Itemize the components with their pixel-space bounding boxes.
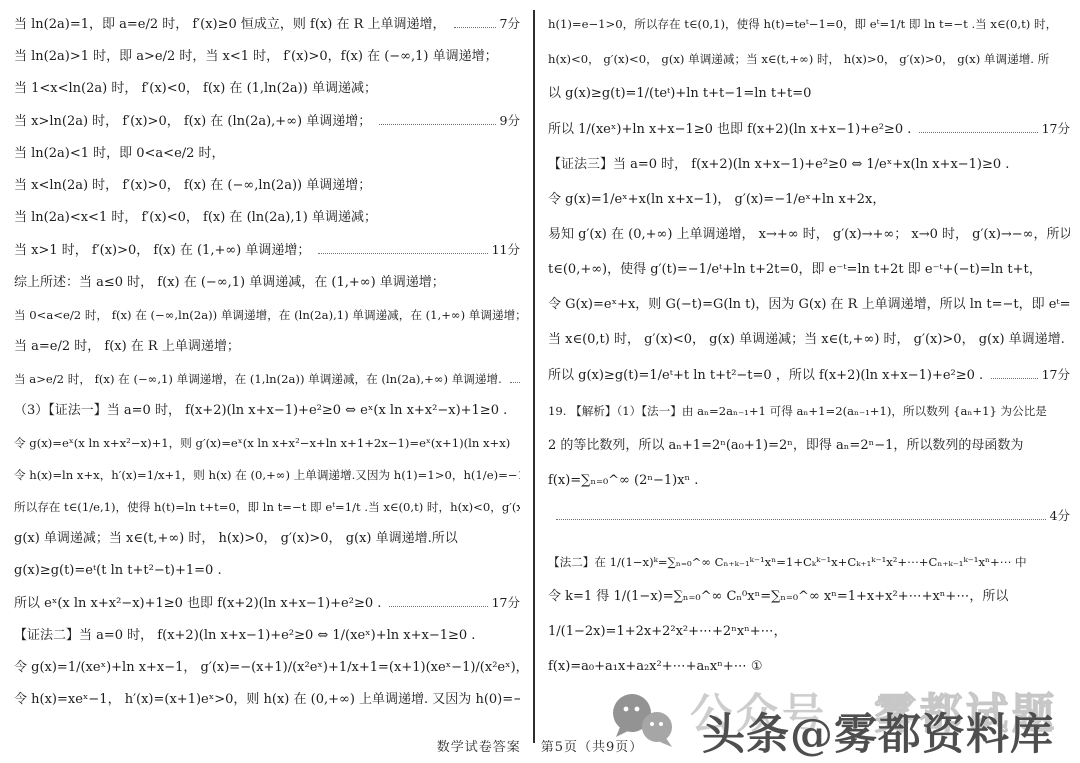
answer-line: 当 a>e/2 时， f(x) 在 (−∞,1) 单调递增，在 (1,ln(2a… — [14, 369, 520, 389]
answer-line: 令 k=1 得 1/(1−x)=∑ₙ₌₀^∞ Cₙ⁰xⁿ=∑ₙ₌₀^∞ xⁿ=1… — [548, 587, 1070, 607]
answer-text: 当 x∈(0,t) 时， g′(x)<0， g(x) 单调递减；当 x∈(t,+… — [548, 330, 1065, 350]
answer-text: 令 h(x)=ln x+x，h′(x)=1/x+1，则 h(x) 在 (0,+∞… — [14, 465, 520, 485]
answer-text: 令 g(x)=1/eˣ+x(ln x+x−1)， g′(x)=−1/eˣ+ln … — [548, 190, 885, 210]
answer-line: 【证法二】当 a=0 时， f(x+2)(ln x+x−1)+e²≥0 ⇔ 1/… — [14, 626, 520, 646]
answer-text: 【证法二】当 a=0 时， f(x+2)(ln x+x−1)+e²≥0 ⇔ 1/… — [14, 626, 475, 646]
answer-line: 所以 g(x)≥g(t)=1/eᵗ+t ln t+t²−t=0 ，所以 f(x+… — [548, 365, 1070, 386]
answer-text: 当 a>e/2 时， f(x) 在 (−∞,1) 单调递增，在 (1,ln(2a… — [14, 369, 502, 389]
answer-text: 当 1<x<ln(2a) 时， f′(x)<0， f(x) 在 (1,ln(2a… — [14, 79, 377, 99]
answer-line: 当 x>1 时， f′(x)>0， f(x) 在 (1,+∞) 单调递增；11分 — [14, 240, 520, 261]
answer-line: 1/(1−2x)=1+2x+2²x²+⋯+2ⁿxⁿ+⋯， — [548, 622, 1070, 642]
answer-line: 当 x<ln(2a) 时， f′(x)>0， f(x) 在 (−∞,ln(2a)… — [14, 176, 520, 196]
answer-text: 当 ln(2a)<x<1 时， f′(x)<0， f(x) 在 (ln(2a),… — [14, 208, 377, 228]
answer-text: 所以 eˣ(x ln x+x²−x)+1≥0 也即 f(x+2)(ln x+x−… — [14, 594, 381, 614]
answer-line: 令 g(x)=1/(xeˣ)+ln x+x−1， g′(x)=−(x+1)/(x… — [14, 658, 520, 678]
dotted-leader — [510, 382, 520, 383]
score-marker: 11分 — [492, 240, 520, 260]
exam-answer-page: 当 ln(2a)=1，即 a=e/2 时， f′(x)≥0 恒成立，则 f(x)… — [0, 0, 1080, 763]
footer-page-number: 第5页（共9页） — [541, 740, 644, 755]
answer-line: 当 x∈(0,t) 时， g′(x)<0， g(x) 单调递减；当 x∈(t,+… — [548, 330, 1070, 350]
answer-line: 当 ln(2a)<1 时，即 0<a<e/2 时， — [14, 144, 520, 164]
answer-line: 所以存在 t∈(1/e,1)，使得 h(t)=ln t+t=0，即 ln t=−… — [14, 497, 520, 517]
dotted-leader — [454, 27, 496, 28]
answer-line: t∈(0,+∞)，使得 g′(t)=−1/eᵗ+ln t+2t=0，即 e⁻ᵗ=… — [548, 260, 1070, 280]
answer-line: 【证法三】当 a=0 时， f(x+2)(ln x+x−1)+e²≥0 ⇔ 1/… — [548, 155, 1070, 175]
answer-line: 当 1<x<ln(2a) 时， f′(x)<0， f(x) 在 (1,ln(2a… — [14, 79, 520, 99]
answer-line: 2 的等比数列，所以 aₙ+1=2ⁿ(a₀+1)=2ⁿ，即得 aₙ=2ⁿ−1，所… — [548, 436, 1070, 456]
answer-text: 易知 g′(x) 在 (0,+∞) 上单调递增， x→+∞ 时， g′(x)→+… — [548, 225, 1070, 245]
answer-text: 综上所述：当 a≤0 时， f(x) 在 (−∞,1) 单调递减，在 (1,+∞… — [14, 273, 445, 293]
score-marker: 17分 — [1042, 365, 1070, 385]
answer-text: 令 g(x)=1/(xeˣ)+ln x+x−1， g′(x)=−(x+1)/(x… — [14, 658, 520, 678]
answer-text: h(x)<0， g′(x)<0， g(x) 单调递减；当 x∈(t,+∞) 时，… — [548, 49, 1049, 69]
answer-text: 当 ln(2a)<1 时，即 0<a<e/2 时， — [14, 144, 225, 164]
dotted-leader — [389, 606, 487, 607]
answer-text: g(x) 单调递减；当 x∈(t,+∞) 时， h(x)>0， g′(x)>0，… — [14, 529, 458, 549]
score-marker: 17分 — [1042, 119, 1070, 139]
score-marker: 17分 — [492, 593, 520, 613]
answer-line: 4分 — [548, 506, 1070, 526]
answer-text: f(x)=∑ₙ₌₀^∞ (2ⁿ−1)xⁿ . — [548, 471, 698, 491]
answer-text: 1/(1−2x)=1+2x+2²x²+⋯+2ⁿxⁿ+⋯， — [548, 622, 787, 642]
answer-text: 所以 g(x)≥g(t)=1/eᵗ+t ln t+t²−t=0 ，所以 f(x+… — [548, 366, 983, 386]
answer-line: 所以 eˣ(x ln x+x²−x)+1≥0 也即 f(x+2)(ln x+x−… — [14, 593, 520, 614]
answer-line: 当 0<a<e/2 时， f(x) 在 (−∞,ln(2a)) 单调递增，在 (… — [14, 305, 520, 325]
answer-line: （3）【证法一】当 a=0 时， f(x+2)(ln x+x−1)+e²≥0 ⇔… — [14, 401, 520, 421]
footer-doc-title: 数学试卷答案 — [437, 740, 521, 755]
answer-text: 所以 1/(xeˣ)+ln x+x−1≥0 也即 f(x+2)(ln x+x−1… — [548, 120, 911, 140]
answer-text: f(x)=a₀+a₁x+a₂x²+⋯+aₙxⁿ+⋯ ① — [548, 657, 763, 677]
dotted-leader — [556, 519, 1046, 520]
answer-text: 当 x<ln(2a) 时， f′(x)>0， f(x) 在 (−∞,ln(2a)… — [14, 176, 371, 196]
answer-text: t∈(0,+∞)，使得 g′(t)=−1/eᵗ+ln t+2t=0，即 e⁻ᵗ=… — [548, 260, 1042, 280]
answer-line: 令 g(x)=1/eˣ+x(ln x+x−1)， g′(x)=−1/eˣ+ln … — [548, 190, 1070, 210]
answer-text: 令 g(x)=eˣ(x ln x+x²−x)+1，则 g′(x)=eˣ(x ln… — [14, 433, 510, 453]
answer-text: 当 ln(2a)>1 时，即 a>e/2 时，当 x<1 时， f′(x)>0，… — [14, 47, 498, 67]
left-column: 当 ln(2a)=1，即 a=e/2 时， f′(x)≥0 恒成立，则 f(x)… — [14, 14, 520, 722]
score-marker: 7分 — [500, 14, 520, 34]
page-footer: 数学试卷答案第5页（共9页） — [0, 736, 1080, 755]
answer-text: 当 0<a<e/2 时， f(x) 在 (−∞,ln(2a)) 单调递增，在 (… — [14, 305, 520, 325]
dotted-leader — [991, 378, 1037, 379]
answer-line: 当 x>ln(2a) 时， f′(x)>0， f(x) 在 (ln(2a),+∞… — [14, 111, 520, 132]
right-column: h(1)=e−1>0，所以存在 t∈(0,1)，使得 h(t)=teᵗ−1=0，… — [548, 14, 1070, 692]
answer-line: g(x) 单调递减；当 x∈(t,+∞) 时， h(x)>0， g′(x)>0，… — [14, 529, 520, 549]
answer-line: 【法二】在 1/(1−x)ᵏ=∑ₙ₌₀^∞ Cₙ₊ₖ₋₁ᵏ⁻¹xⁿ=1+Cₖᵏ⁻… — [548, 552, 1070, 572]
answer-text: 当 x>1 时， f′(x)>0， f(x) 在 (1,+∞) 单调递增； — [14, 241, 310, 261]
answer-text: g(x)≥g(t)=eᵗ(t ln t+t²−t)+1=0 . — [14, 561, 222, 581]
answer-text: 2 的等比数列，所以 aₙ+1=2ⁿ(a₀+1)=2ⁿ，即得 aₙ=2ⁿ−1，所… — [548, 436, 1023, 456]
answer-text: 当 ln(2a)=1，即 a=e/2 时， f′(x)≥0 恒成立，则 f(x)… — [14, 15, 446, 35]
answer-line: h(1)=e−1>0，所以存在 t∈(0,1)，使得 h(t)=teᵗ−1=0，… — [548, 14, 1070, 34]
answer-text: 19. 【解析】（1）【法一】由 aₙ=2aₙ₋₁+1 可得 aₙ+1=2(aₙ… — [548, 401, 1047, 421]
answer-text: 当 a=e/2 时， f(x) 在 R 上单调递增； — [14, 337, 240, 357]
dotted-leader — [379, 124, 495, 125]
answer-text: 当 x>ln(2a) 时， f′(x)>0， f(x) 在 (ln(2a),+∞… — [14, 112, 371, 132]
score-marker: 4分 — [1050, 506, 1070, 526]
answer-text: 以 g(x)≥g(t)=1/(teᵗ)+ln t+t−1=ln t+t=0 — [548, 84, 811, 104]
answer-line: f(x)=∑ₙ₌₀^∞ (2ⁿ−1)xⁿ . — [548, 471, 1070, 491]
answer-text: 【法二】在 1/(1−x)ᵏ=∑ₙ₌₀^∞ Cₙ₊ₖ₋₁ᵏ⁻¹xⁿ=1+Cₖᵏ⁻… — [548, 552, 1027, 572]
answer-line: 所以 1/(xeˣ)+ln x+x−1≥0 也即 f(x+2)(ln x+x−1… — [548, 119, 1070, 140]
answer-line: 令 G(x)=eˣ+x，则 G(−t)=G(ln t)，因为 G(x) 在 R … — [548, 295, 1070, 315]
answer-line: 综上所述：当 a≤0 时， f(x) 在 (−∞,1) 单调递减，在 (1,+∞… — [14, 273, 520, 293]
answer-text: 【证法三】当 a=0 时， f(x+2)(ln x+x−1)+e²≥0 ⇔ 1/… — [548, 155, 1009, 175]
answer-line: 当 a=e/2 时， f(x) 在 R 上单调递增； — [14, 337, 520, 357]
answer-text: h(1)=e−1>0，所以存在 t∈(0,1)，使得 h(t)=teᵗ−1=0，… — [548, 14, 1057, 34]
dotted-leader — [318, 253, 487, 254]
answer-line: 19. 【解析】（1）【法一】由 aₙ=2aₙ₋₁+1 可得 aₙ+1=2(aₙ… — [548, 401, 1070, 421]
answer-line: 当 ln(2a)<x<1 时， f′(x)<0， f(x) 在 (ln(2a),… — [14, 208, 520, 228]
answer-text: 令 G(x)=eˣ+x，则 G(−t)=G(ln t)，因为 G(x) 在 R … — [548, 295, 1070, 315]
answer-text: （3）【证法一】当 a=0 时， f(x+2)(ln x+x−1)+e²≥0 ⇔… — [14, 401, 507, 421]
dotted-leader — [919, 132, 1037, 133]
answer-line: 令 g(x)=eˣ(x ln x+x²−x)+1，则 g′(x)=eˣ(x ln… — [14, 433, 520, 453]
score-marker: 9分 — [500, 111, 520, 131]
answer-line: g(x)≥g(t)=eᵗ(t ln t+t²−t)+1=0 . — [14, 561, 520, 581]
answer-line: 易知 g′(x) 在 (0,+∞) 上单调递增， x→+∞ 时， g′(x)→+… — [548, 225, 1070, 245]
answer-line: 令 h(x)=ln x+x，h′(x)=1/x+1，则 h(x) 在 (0,+∞… — [14, 465, 520, 485]
answer-text: 所以存在 t∈(1/e,1)，使得 h(t)=ln t+t=0，即 ln t=−… — [14, 497, 520, 517]
answer-line: 当 ln(2a)=1，即 a=e/2 时， f′(x)≥0 恒成立，则 f(x)… — [14, 14, 520, 35]
answer-text: 令 h(x)=xeˣ−1， h′(x)=(x+1)eˣ>0，则 h(x) 在 (… — [14, 690, 520, 710]
answer-line: 令 h(x)=xeˣ−1， h′(x)=(x+1)eˣ>0，则 h(x) 在 (… — [14, 690, 520, 710]
column-divider — [533, 10, 535, 743]
answer-line: f(x)=a₀+a₁x+a₂x²+⋯+aₙxⁿ+⋯ ① — [548, 657, 1070, 677]
answer-text: 令 k=1 得 1/(1−x)=∑ₙ₌₀^∞ Cₙ⁰xⁿ=∑ₙ₌₀^∞ xⁿ=1… — [548, 587, 1008, 607]
answer-line: 以 g(x)≥g(t)=1/(teᵗ)+ln t+t−1=ln t+t=0 — [548, 84, 1070, 104]
answer-line: 当 ln(2a)>1 时，即 a>e/2 时，当 x<1 时， f′(x)>0，… — [14, 47, 520, 67]
answer-line: h(x)<0， g′(x)<0， g(x) 单调递减；当 x∈(t,+∞) 时，… — [548, 49, 1070, 69]
